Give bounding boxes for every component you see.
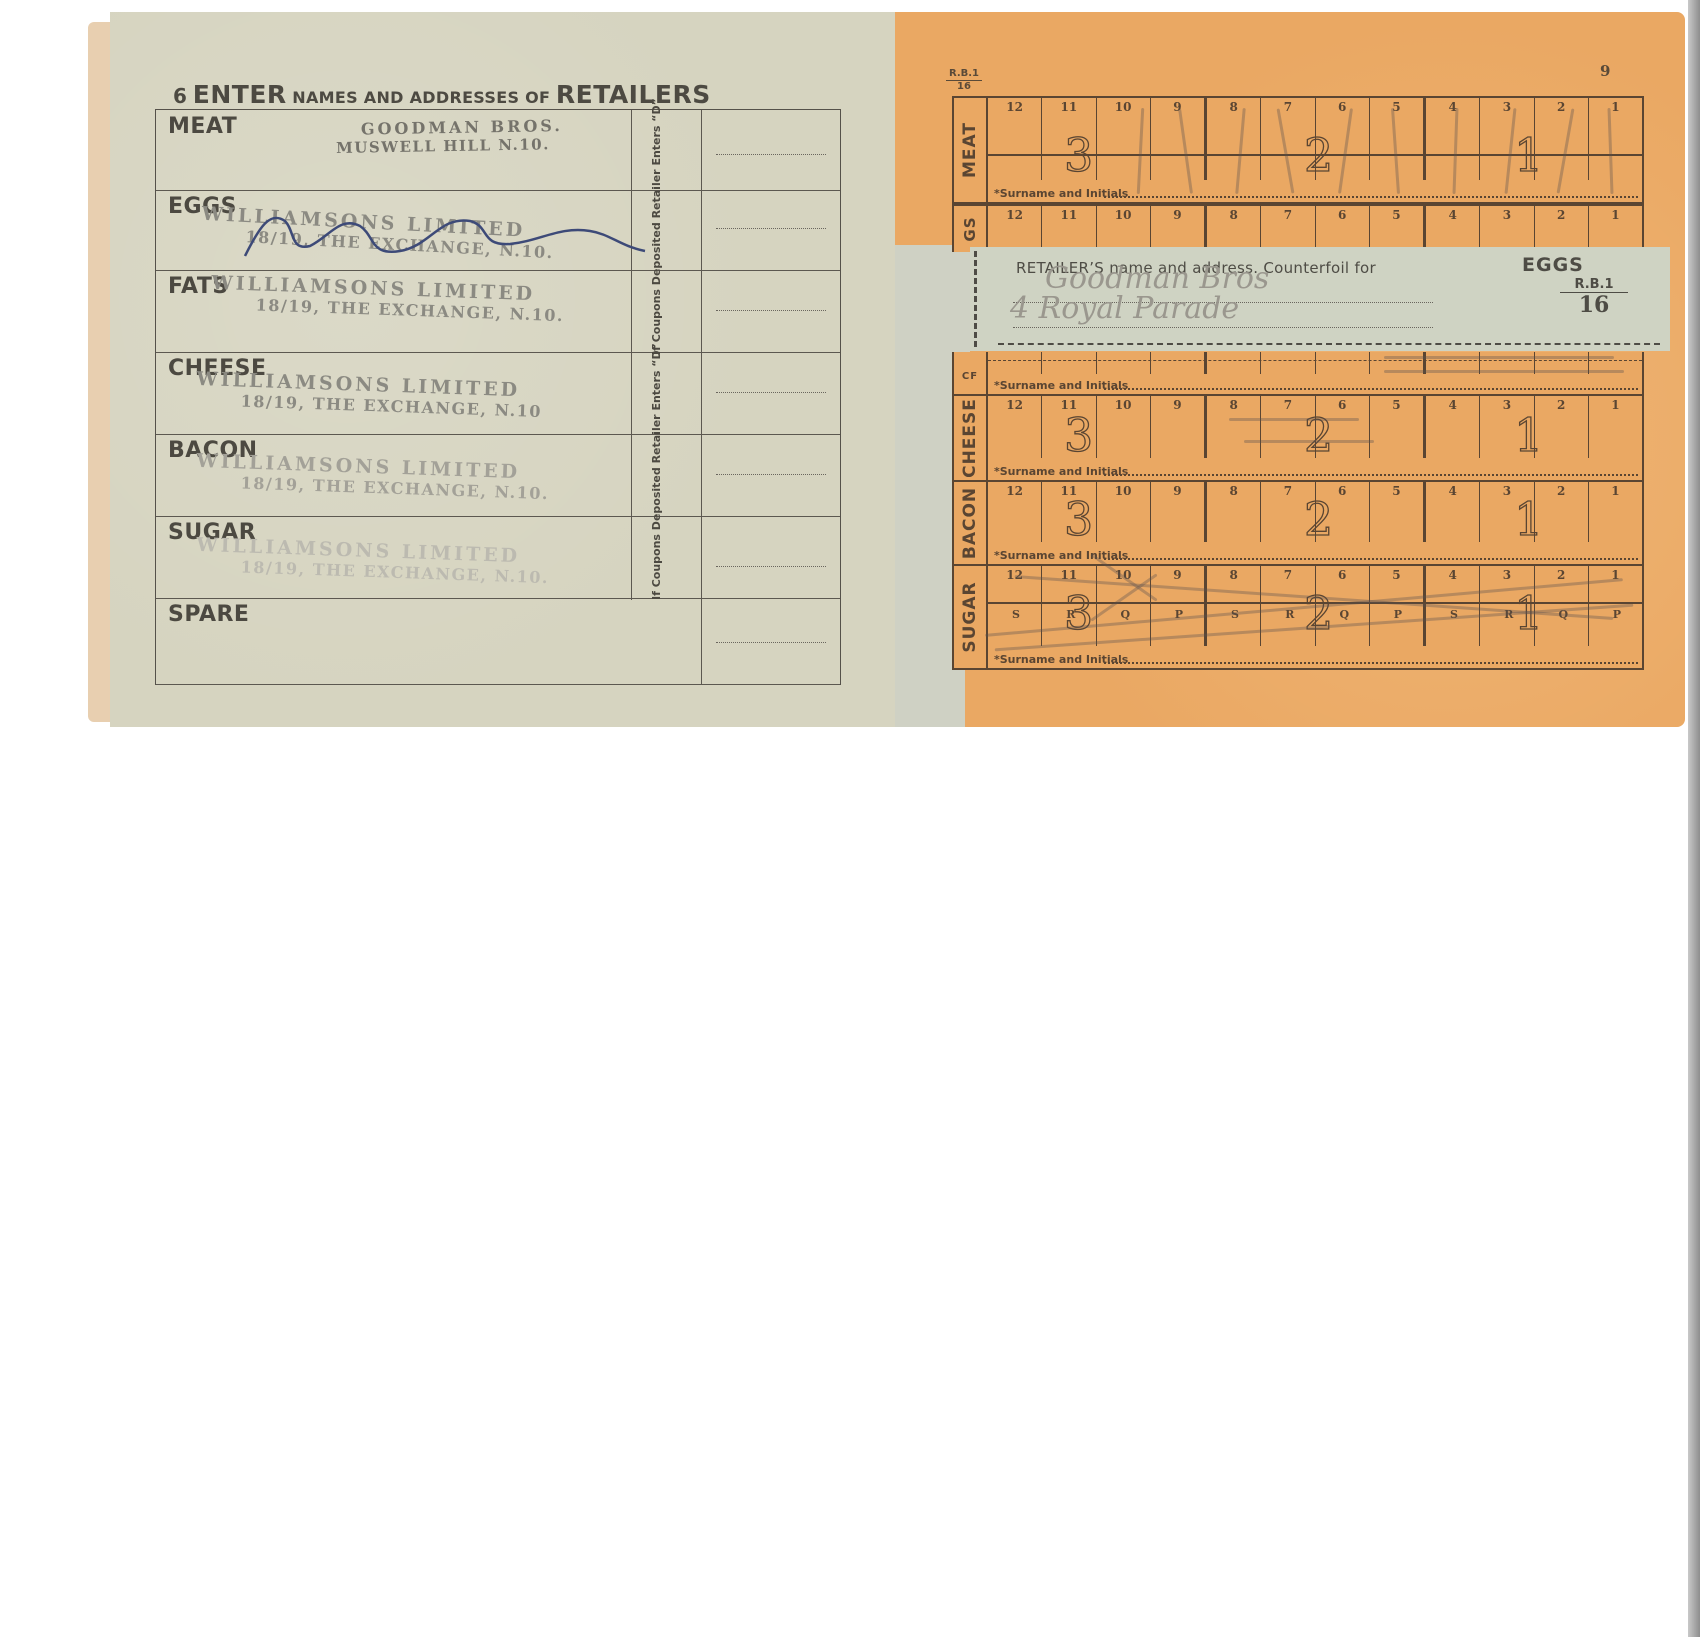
strip-label: CF	[962, 371, 978, 382]
surname-label: *Surname and Initials	[994, 379, 1128, 392]
coupon-cell[interactable]: 10	[1097, 482, 1151, 542]
coupon-cell[interactable]: 8	[1207, 482, 1261, 542]
coupon-strip-sugar: SUGAR 12S 11R 10Q 9P 8S 7R 6Q 5P 4S 3R 2…	[952, 566, 1644, 670]
row-cheese: CHEESE WILLIAMSONS LIMITED 18/19, THE EX…	[156, 352, 840, 435]
coupon-cell[interactable]: 9	[1151, 482, 1207, 542]
row-sugar: SUGAR WILLIAMSONS LIMITED 18/19, THE EXC…	[156, 516, 840, 599]
scanner-edge-shadow	[1688, 0, 1700, 1637]
strip-label: SUGAR	[960, 581, 980, 652]
counterfoil-form-code: R.B.1 16	[1560, 277, 1628, 317]
coupon-cell[interactable]: 1	[1589, 98, 1642, 180]
coupon-strip-fats: CF *Surname and Initials	[952, 352, 1644, 396]
coupon-cell[interactable]: 8	[1207, 206, 1261, 252]
deposit-mark-field[interactable]	[716, 392, 826, 393]
coupon-cell[interactable]	[988, 352, 1042, 374]
retailer-address-field[interactable]	[1013, 327, 1433, 328]
coupon-strip-eggs: GS 12 11 10 9 8 7 6 5 4 3 2 1	[952, 204, 1644, 252]
coupon-cell[interactable]: 5	[1370, 482, 1426, 542]
coupon-cell[interactable]: 5	[1370, 206, 1426, 252]
section-number: 6	[173, 84, 187, 108]
row-meat: MEAT GOODMAN BROS. MUSWELL HILL N.10.	[156, 110, 840, 191]
deposit-mark-field[interactable]	[716, 154, 826, 155]
handwritten-retailer-address: 4 Royal Parade	[1010, 291, 1239, 326]
deposit-note-1: If Coupons Deposited Retailer Enters “D”	[650, 98, 663, 355]
week-digit: 2	[1304, 408, 1333, 462]
row-fats: FATS WILLIAMSONS LIMITED 18/19, THE EXCH…	[156, 270, 840, 353]
surname-label: *Surname and Initials	[994, 187, 1128, 200]
vertical-note: If Coupons Deposited Retailer Enters “D”…	[646, 120, 686, 600]
week-digit: 3	[1064, 586, 1093, 640]
coupon-cell[interactable]	[1151, 352, 1207, 374]
category-label: MEAT	[168, 114, 237, 139]
strip-label: GS	[961, 216, 979, 241]
form-code: R.B.1 16	[946, 68, 982, 93]
eggs-counterfoil: RETAILER’S name and address. Counterfoil…	[970, 247, 1670, 351]
coupon-cell[interactable]: 9	[1151, 396, 1207, 458]
strip-label: CHEESE	[960, 398, 980, 478]
week-digit: 3	[1064, 128, 1093, 182]
coupon-cell[interactable]: 2	[1535, 206, 1589, 252]
row-spare: SPARE	[156, 598, 840, 685]
deposit-mark-field[interactable]	[716, 474, 826, 475]
heading-retailers: RETAILERS	[556, 80, 711, 109]
retailer-stamp: WILLIAMSONS LIMITED 18/19, THE EXCHANGE,…	[195, 368, 543, 421]
coupon-cell[interactable]: 3	[1480, 206, 1534, 252]
surname-field[interactable]	[1104, 196, 1638, 198]
ration-book-scan: 6 ENTER NAMES AND ADDRESSES OF RETAILERS…	[0, 0, 1700, 730]
coupon-cell[interactable]	[1261, 352, 1315, 374]
deposit-mark-field[interactable]	[716, 566, 826, 567]
coupon-cell[interactable]: 12	[988, 482, 1042, 542]
coupon-cell[interactable]: 8	[1207, 98, 1261, 180]
surname-field[interactable]	[1104, 388, 1638, 390]
week-digit: 3	[1064, 408, 1093, 462]
coupon-cell[interactable]: 4	[1426, 396, 1480, 458]
page-heading: 6 ENTER NAMES AND ADDRESSES OF RETAILERS	[173, 80, 711, 109]
coupon-cell[interactable]: 6	[1316, 206, 1370, 252]
deposit-mark-field[interactable]	[716, 228, 826, 229]
column-divider	[631, 110, 632, 600]
coupon-cell[interactable]: 7	[1261, 206, 1315, 252]
coupon-cell[interactable]: 1	[1589, 482, 1642, 542]
week-digit: 1	[1514, 408, 1543, 462]
retailer-stamp: WILLIAMSONS LIMITED 18/19, THE EXCHANGE,…	[195, 450, 550, 503]
coupon-cell[interactable]: 1	[1589, 396, 1642, 458]
surname-field[interactable]	[1104, 558, 1638, 560]
category-label: SPARE	[168, 602, 249, 627]
heading-enter: ENTER	[193, 80, 287, 109]
coupon-cell[interactable]: 12	[988, 206, 1042, 252]
coupon-cells: 12 11 10 9 8 7 6 5 4 3 2 1	[988, 206, 1642, 252]
week-digit: 2	[1304, 586, 1333, 640]
coupon-cell[interactable]	[1316, 352, 1370, 374]
coupon-cell[interactable]	[1207, 352, 1261, 374]
strip-label: BACON	[960, 487, 980, 559]
surname-field[interactable]	[1104, 474, 1638, 476]
coupon-cell[interactable]: 1	[1589, 206, 1642, 252]
retailer-stamp: GOODMAN BROS. MUSWELL HILL N.10.	[336, 116, 564, 157]
retailers-table: MEAT GOODMAN BROS. MUSWELL HILL N.10. EG…	[155, 109, 841, 685]
coupon-cell[interactable]: 12	[988, 98, 1042, 180]
week-digit: 1	[1514, 492, 1543, 546]
surname-field[interactable]	[1104, 662, 1638, 664]
week-digit: 3	[1064, 492, 1093, 546]
coupon-cell[interactable]: 12	[988, 396, 1042, 458]
coupon-cell[interactable]: 4	[1426, 482, 1480, 542]
week-digit: 1	[1514, 128, 1543, 182]
retailer-stamp: WILLIAMSONS LIMITED 18/19, THE EXCHANGE,…	[195, 534, 550, 587]
page-number: 9	[1600, 62, 1610, 80]
coupon-cell[interactable]: 10	[1097, 396, 1151, 458]
coupon-cell[interactable]	[1097, 352, 1151, 374]
perforation	[998, 343, 1660, 345]
coupon-cell[interactable]	[1042, 352, 1096, 374]
heading-middle: NAMES AND ADDRESSES OF	[292, 88, 550, 107]
surname-label: *Surname and Initials	[994, 549, 1128, 562]
week-digit: 2	[1304, 128, 1333, 182]
coupon-cell[interactable]: 5	[1370, 396, 1426, 458]
deposit-mark-field[interactable]	[716, 310, 826, 311]
coupon-cell[interactable]: 8	[1207, 396, 1261, 458]
pen-crossout-scribble	[240, 206, 650, 266]
deposit-note-2: If Coupons Deposited Retailer Enters “D”	[650, 343, 663, 600]
week-digit: 2	[1304, 492, 1333, 546]
coupon-cell[interactable]: 9	[1151, 206, 1207, 252]
torn-area	[895, 245, 970, 355]
strip-label: MEAT	[960, 122, 980, 178]
retailer-stamp: WILLIAMSONS LIMITED 18/19, THE EXCHANGE,…	[210, 272, 565, 325]
coupon-cell[interactable]: 11	[1042, 206, 1096, 252]
coupon-cell[interactable]: 4	[1426, 206, 1480, 252]
surname-label: *Surname and Initials	[994, 653, 1128, 666]
coupon-strip-meat: MEAT 12 11 10 9 8 7 6 5 4 3 2 1 3 2 1 *S…	[952, 96, 1644, 204]
counterfoil-category: EGGS	[1522, 254, 1584, 276]
surname-label: *Surname and Initials	[994, 465, 1128, 478]
coupon-strip-cheese: CHEESE 12 11 10 9 8 7 6 5 4 3 2 1 3 2 1 …	[952, 396, 1644, 482]
row-bacon: BACON WILLIAMSONS LIMITED 18/19, THE EXC…	[156, 434, 840, 517]
perforation	[974, 251, 977, 347]
coupon-strip-bacon: BACON 12 11 10 9 8 7 6 5 4 3 2 1 3 2 1 *…	[952, 482, 1644, 566]
deposit-mark-field[interactable]	[716, 642, 826, 643]
coupon-cell[interactable]: 10	[1097, 206, 1151, 252]
column-divider	[701, 110, 702, 684]
